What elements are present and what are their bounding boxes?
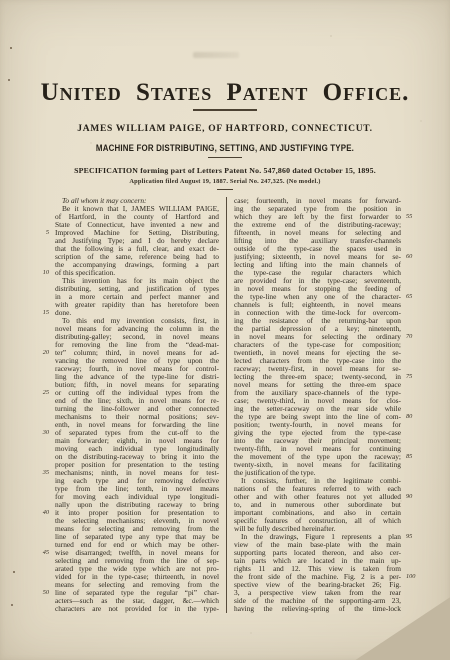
line-text: for removing the line from the “dead-mat… [55, 341, 219, 349]
line-number: 50 [36, 589, 49, 597]
line-text: State of Connecticut, have invented a ne… [55, 221, 219, 229]
text-line: 20ter” column; third, in novel means for… [36, 349, 219, 357]
text-line: ing the resistance of the returning-bar … [234, 317, 423, 325]
line-text: channels is full; eighteenth, in novel m… [234, 301, 401, 309]
line-number [36, 285, 49, 293]
line-text: ter” column; third, in novel means for a… [55, 349, 219, 357]
line-number [36, 533, 49, 541]
text-line: will be fully described hereinafter. [234, 525, 423, 533]
line-number [406, 325, 423, 333]
line-text: outside of the type-case the spaces used… [234, 245, 401, 253]
line-text: will be fully described hereinafter. [234, 525, 401, 533]
text-line: 10of this specification. [36, 269, 219, 277]
line-text: giving the type ejected from the type-ca… [234, 429, 401, 437]
line-text: proper position for presentation to the … [55, 461, 219, 469]
line-number: 30 [36, 429, 49, 437]
line-text: ling the advance of the type-line for di… [55, 373, 219, 381]
line-text: lifting into the auxiliary transfer-chan… [234, 237, 401, 245]
text-line: 55which they are left by the first forwa… [234, 213, 423, 221]
text-line: rights 11 and 12. This view is taken fro… [234, 565, 423, 573]
line-number [36, 413, 49, 421]
text-line: case; fourteenth, in novel means for for… [234, 197, 423, 205]
line-text: scription of the same, reference being h… [55, 253, 219, 261]
line-number [406, 405, 423, 413]
text-line: novel means for advancing the column in … [36, 325, 219, 333]
text-line: case; twenty-third, in novel means for c… [234, 397, 423, 405]
text-line: twenty-sixth, in novel means for facilit… [234, 461, 423, 469]
line-number [36, 477, 49, 485]
text-line: 95In the drawings, Figure 1 represents a… [234, 533, 423, 541]
text-line: spective view of the bearing-bracket 26;… [234, 581, 423, 589]
text-line: 80the type are being swept into the line… [234, 413, 423, 421]
line-number: 90 [406, 493, 423, 501]
text-line: end of the line; sixth, in novel means f… [36, 397, 219, 405]
line-number [36, 517, 49, 525]
line-text: or cutting off the individual types from… [55, 389, 219, 397]
line-number [36, 341, 49, 349]
line-number [36, 581, 49, 589]
line-number: 15 [36, 309, 49, 317]
line-number [406, 461, 423, 469]
line-number [406, 205, 423, 213]
text-line: and Justifying Type; and I do hereby dec… [36, 237, 219, 245]
line-number [36, 221, 49, 229]
text-line: channels is full; eighteenth, in novel m… [234, 301, 423, 309]
text-line: 35mechanisms; ninth, in novel means for … [36, 469, 219, 477]
line-number [36, 565, 49, 573]
text-line: To this end my invention consists, first… [36, 317, 219, 325]
line-text: rights 11 and 12. This view is taken fro… [234, 565, 401, 573]
line-number: 5 [36, 229, 49, 237]
text-line: 40it into proper position for presentati… [36, 509, 219, 517]
line-text: lecting the three-em space; twenty-secon… [234, 373, 401, 381]
line-text: to, and in numerous other subordinate bu… [234, 501, 401, 509]
line-number [36, 461, 49, 469]
line-number [406, 269, 423, 277]
line-number [406, 221, 423, 229]
line-text: This invention has for its main object t… [55, 277, 219, 285]
line-number [406, 309, 423, 317]
line-text: on the distributing-raceway to bring it … [55, 453, 219, 461]
text-line: raceway; twenty-first, in novel means fo… [234, 365, 423, 373]
line-text: line of separated type the regular “pi” … [55, 589, 219, 597]
line-text: the justification of the type. [234, 469, 401, 477]
line-text: in novel means for stopping the feeding … [234, 285, 401, 293]
line-text: for moving each individual type longitud… [55, 493, 219, 501]
text-line: on the distributing-raceway to bring it … [36, 453, 219, 461]
line-number [406, 525, 423, 533]
text-line: 65the type-line when any one of the char… [234, 293, 423, 301]
text-line: the type-case the regular characters whi… [234, 269, 423, 277]
line-text: lecting and lifting into the main channe… [234, 261, 401, 269]
line-number [36, 325, 49, 333]
text-line: having the relieving-spring of the time-… [234, 605, 423, 613]
line-number [36, 197, 49, 205]
line-text: enth, in novel means for forwarding the … [55, 421, 219, 429]
text-line: State of Connecticut, have invented a ne… [36, 221, 219, 229]
line-number [36, 421, 49, 429]
line-number: 55 [406, 213, 423, 221]
text-line: main forwarder; eighth, in novel means f… [36, 437, 219, 445]
text-line: the justification of the type. [234, 469, 423, 477]
line-number: 70 [406, 333, 423, 341]
line-number [406, 565, 423, 573]
text-line: specific features of construction, all o… [234, 517, 423, 525]
line-text: twenty-sixth, in novel means for facilit… [234, 461, 401, 469]
line-text: To this end my invention consists, first… [55, 317, 219, 325]
text-line: moving each individual type longitudinal… [36, 445, 219, 453]
line-text: are provided for in the type-case; seven… [234, 277, 401, 285]
text-line: 70in novel means for selecting the ordin… [234, 333, 423, 341]
line-number [36, 333, 49, 341]
line-text: raceway; fourth, in novel means for cont… [55, 365, 219, 373]
line-number: 40 [36, 509, 49, 517]
line-number: 45 [36, 549, 49, 557]
text-line: 50line of separated type the regular “pi… [36, 589, 219, 597]
line-text: of this specification. [55, 269, 219, 277]
line-number: 25 [36, 389, 49, 397]
text-line: line of separated type any type that may… [36, 533, 219, 541]
line-text: from the auxiliary space-channels of the… [234, 389, 401, 397]
line-number [406, 197, 423, 205]
line-text: done. [55, 309, 219, 317]
line-text: novel means for setting the three-em spa… [234, 381, 401, 389]
line-text: with greater rapidity than has heretofor… [55, 301, 219, 309]
line-text: mechanisms to their normal positions; se… [55, 413, 219, 421]
line-number [36, 605, 49, 613]
line-text: specific features of construction, all o… [234, 517, 401, 525]
line-text: acters—such as the star, dagger, &c.—whi… [55, 597, 219, 605]
line-text: the type-case the regular characters whi… [234, 269, 401, 277]
line-number [406, 597, 423, 605]
header-rule-top [193, 109, 257, 111]
text-line: lected characters from the type-case int… [234, 357, 423, 365]
line-number [36, 405, 49, 413]
text-line: 3, a perspective view taken from the rea… [234, 589, 423, 597]
line-text: moving each individual type longitudinal… [55, 445, 219, 453]
line-number [406, 517, 423, 525]
line-text: Be it known that I, JAMES WILLIAM PAIGE, [55, 205, 219, 213]
text-line: 30of separated types from the cut-off to… [36, 429, 219, 437]
line-text: ing the separated type from the position… [234, 205, 401, 213]
line-number [36, 493, 49, 501]
line-number [406, 485, 423, 493]
text-line: arated type the wide type which are not … [36, 565, 219, 573]
line-number [36, 557, 49, 565]
line-text: lected characters from the type-case int… [234, 357, 401, 365]
text-line: lifting into the auxiliary transfer-chan… [234, 237, 423, 245]
line-number [406, 285, 423, 293]
line-number [36, 597, 49, 605]
text-line: 5Improved Machine for Setting, Distribut… [36, 229, 219, 237]
text-line: characters of the type-case for composit… [234, 341, 423, 349]
line-text: twentieth, in novel means for ejecting t… [234, 349, 401, 357]
line-text: and Justifying Type; and I do hereby dec… [55, 237, 219, 245]
text-line: the selecting mechanisms; eleventh, in n… [36, 517, 219, 525]
text-line: means for selecting and removing from th… [36, 525, 219, 533]
text-line: view of the main base-plate with the mai… [234, 541, 423, 549]
text-line: scription of the same, reference being h… [36, 253, 219, 261]
line-number [36, 213, 49, 221]
line-text: tain parts which are located in the main… [234, 557, 401, 565]
text-line: Be it known that I, JAMES WILLIAM PAIGE, [36, 205, 219, 213]
line-number [406, 429, 423, 437]
line-text: bution; fifth, in novel means for separa… [55, 381, 219, 389]
line-text: distributing-galley; second, in novel me… [55, 333, 219, 341]
line-number [406, 301, 423, 309]
line-text: turning the line-follower and other conn… [55, 405, 219, 413]
line-text: 3, a perspective view taken from the rea… [234, 589, 401, 597]
line-text: wise disarranged; twelfth, in novel mean… [55, 549, 219, 557]
text-line: characters are not provided for in the t… [36, 605, 219, 613]
text-line: the partial depression of a key; ninetee… [234, 325, 423, 333]
line-number [406, 437, 423, 445]
text-line: side of the machine of the supporting-ar… [234, 597, 423, 605]
text-line: It consists, further, in the legitimate … [234, 477, 423, 485]
text-line: distributing, setting, and justification… [36, 285, 219, 293]
text-line: in connection with the time-lock for ove… [234, 309, 423, 317]
text-line: 45wise disarranged; twelfth, in novel me… [36, 549, 219, 557]
text-line: nally upon the distributing raceway to b… [36, 501, 219, 509]
line-number [36, 573, 49, 581]
line-text: spective view of the bearing-bracket 26;… [234, 581, 401, 589]
line-number [406, 605, 423, 613]
line-text: in a more certain and perfect manner and [55, 293, 219, 301]
text-line: selecting and removing from the line of … [36, 557, 219, 565]
line-text: ing the setter-raceway on the rear side … [234, 405, 401, 413]
text-line: proper position for presentation to the … [36, 461, 219, 469]
line-text: means for selecting and removing from th… [55, 525, 219, 533]
line-text: twenty-fifth, in novel means for continu… [234, 445, 401, 453]
line-text: ing each type and for removing defective [55, 477, 219, 485]
line-text: view of the main base-plate with the mai… [234, 541, 401, 549]
line-number: 80 [406, 413, 423, 421]
line-text: main forwarder; eighth, in novel means f… [55, 437, 219, 445]
text-line: for moving each individual type longitud… [36, 493, 219, 501]
line-number [36, 317, 49, 325]
line-number [36, 501, 49, 509]
line-number [36, 373, 49, 381]
line-number [406, 509, 423, 517]
text-line: means for selecting and removing from th… [36, 581, 219, 589]
line-number [406, 389, 423, 397]
show-through-smudge [193, 52, 239, 58]
line-text: the front side of the machine. Fig. 2 is… [234, 573, 401, 581]
line-number [406, 589, 423, 597]
line-text: case; fourteenth, in novel means for for… [234, 197, 401, 205]
column-divider-rule [226, 197, 227, 613]
line-number [406, 349, 423, 357]
line-text: vided for in the type-case; thirteenth, … [55, 573, 219, 581]
line-text: characters are not provided for in the t… [55, 605, 219, 613]
invention-title: MACHINE FOR DISTRIBUTING, SETTING, AND J… [23, 143, 428, 153]
specification-line: SPECIFICATION forming part of Letters Pa… [0, 166, 450, 175]
line-number: 10 [36, 269, 49, 277]
line-text: fifteenth, in novel means for selecting … [234, 229, 401, 237]
text-line: ing the separated type from the position… [234, 205, 423, 213]
line-number [406, 381, 423, 389]
line-text: turned end for end or which may be other… [55, 541, 219, 549]
text-line: with greater rapidity than has heretofor… [36, 301, 219, 309]
line-number [36, 205, 49, 213]
text-line: 60justifying; sixteenth, in novel means … [234, 253, 423, 261]
line-text: Improved Machine for Setting, Distributi… [55, 229, 219, 237]
text-line: turning the line-follower and other conn… [36, 405, 219, 413]
text-line: ling the advance of the type-line for di… [36, 373, 219, 381]
text-line: fifteenth, in novel means for selecting … [234, 229, 423, 237]
line-number: 85 [406, 453, 423, 461]
text-line: acters—such as the star, dagger, &c.—whi… [36, 597, 219, 605]
line-text: ing the resistance of the returning-bar … [234, 317, 401, 325]
line-number [406, 397, 423, 405]
text-line: 15done. [36, 309, 219, 317]
line-number [36, 445, 49, 453]
line-text: selecting and removing from the line of … [55, 557, 219, 565]
text-line: position; twenty-fourth, in novel means … [234, 421, 423, 429]
line-text: into the raceway their principal movemen… [234, 437, 401, 445]
line-number [36, 437, 49, 445]
line-text: mechanisms; ninth, in novel means for te… [55, 469, 219, 477]
text-line: nations of the features referred to with… [234, 485, 423, 493]
line-number [36, 453, 49, 461]
line-number: 100 [406, 573, 423, 581]
text-line: lecting and lifting into the main channe… [234, 261, 423, 269]
header-rule-bottom [217, 189, 233, 190]
line-number [406, 245, 423, 253]
text-line: that the following is a full, clear, and… [36, 245, 219, 253]
line-text: case; twenty-third, in novel means for c… [234, 397, 401, 405]
text-line: turned end for end or which may be other… [36, 541, 219, 549]
paper-specks-and-binding-holes [0, 0, 2, 2]
text-line: of Hartford, in the county of Hartford a… [36, 213, 219, 221]
line-text: the accompanying drawings, forming a par… [55, 261, 219, 269]
text-line: mechanisms to their normal positions; se… [36, 413, 219, 421]
line-text: nations of the features referred to with… [234, 485, 401, 493]
line-text: justifying; sixteenth, in novel means fo… [234, 253, 401, 261]
line-number [36, 397, 49, 405]
line-number [406, 261, 423, 269]
text-line: twentieth, in novel means for ejecting t… [234, 349, 423, 357]
line-text: novel means for advancing the column in … [55, 325, 219, 333]
line-text: which they are left by the first forward… [234, 213, 401, 221]
line-text: side of the machine of the supporting-ar… [234, 597, 401, 605]
left-text-column: To all whom it may concern:Be it known t… [36, 197, 219, 613]
text-line: tain parts which are located in the main… [234, 557, 423, 565]
line-text: in connection with the time-lock for ove… [234, 309, 401, 317]
line-number [36, 365, 49, 373]
line-number [406, 277, 423, 285]
text-line: twenty-fifth, in novel means for continu… [234, 445, 423, 453]
text-line: ing the setter-raceway on the rear side … [234, 405, 423, 413]
line-text: of separated types from the cut-off to t… [55, 429, 219, 437]
line-number [406, 357, 423, 365]
text-line: are provided for in the type-case; seven… [234, 277, 423, 285]
line-text: that the following is a full, clear, and… [55, 245, 219, 253]
text-line: ing each type and for removing defective [36, 477, 219, 485]
line-text: means for selecting and removing from th… [55, 581, 219, 589]
paper-sheet: United States Patent Office. JAMES WILLI… [0, 0, 450, 660]
line-text: end of the line; sixth, in novel means f… [55, 397, 219, 405]
line-text: characters of the type-case for composit… [234, 341, 401, 349]
text-line: 100the front side of the machine. Fig. 2… [234, 573, 423, 581]
line-text: raceway; twenty-first, in novel means fo… [234, 365, 401, 373]
line-number: 65 [406, 293, 423, 301]
line-text: It consists, further, in the legitimate … [234, 477, 401, 485]
patentee-line: JAMES WILLIAM PAIGE, OF HARTFORD, CONNEC… [0, 124, 450, 134]
line-number [36, 485, 49, 493]
text-line: giving the type ejected from the type-ca… [234, 429, 423, 437]
line-number [406, 229, 423, 237]
line-number [36, 261, 49, 269]
text-line: vided for in the type-case; thirteenth, … [36, 573, 219, 581]
line-text: the movement of the type upon the racewa… [234, 453, 401, 461]
line-number [36, 357, 49, 365]
line-number [406, 445, 423, 453]
line-number [406, 557, 423, 565]
line-text: having the relieving-spring of the time-… [234, 605, 401, 613]
line-text: important combinations, and also in cert… [234, 509, 401, 517]
text-line: bution; fifth, in novel means for separa… [36, 381, 219, 389]
line-number [36, 381, 49, 389]
text-line: the extreme end of the distributing-race… [234, 221, 423, 229]
line-text: type from the line; tenth, in novel mean… [55, 485, 219, 493]
text-line: vancing the removed line of type upon th… [36, 357, 219, 365]
text-line: the accompanying drawings, forming a par… [36, 261, 219, 269]
line-number: 75 [406, 373, 423, 381]
line-text: In the drawings, Figure 1 represents a p… [234, 533, 401, 541]
line-number [406, 549, 423, 557]
line-number [36, 253, 49, 261]
line-number: 60 [406, 253, 423, 261]
line-number [406, 477, 423, 485]
line-number [36, 245, 49, 253]
application-line: Application filed August 19, 1887. Seria… [0, 178, 450, 185]
line-text: To all whom it may concern: [55, 197, 219, 205]
text-line: into the raceway their principal movemen… [234, 437, 423, 445]
text-line: to, and in numerous other subordinate bu… [234, 501, 423, 509]
line-number [406, 501, 423, 509]
line-text: the type-line when any one of the charac… [234, 293, 401, 301]
line-text: the type are being swept into the line o… [234, 413, 401, 421]
line-number [36, 525, 49, 533]
text-line: novel means for setting the three-em spa… [234, 381, 423, 389]
line-text: of Hartford, in the county of Hartford a… [55, 213, 219, 221]
line-text: the selecting mechanisms; eleventh, in n… [55, 517, 219, 525]
line-text: line of separated type any type that may… [55, 533, 219, 541]
line-number [406, 365, 423, 373]
line-text: in novel means for selecting the ordinar… [234, 333, 401, 341]
text-line: distributing-galley; second, in novel me… [36, 333, 219, 341]
line-number [406, 581, 423, 589]
line-text: distributing, setting, and justification… [55, 285, 219, 293]
text-line: supporting parts located thereon, and al… [234, 549, 423, 557]
line-text: supporting parts located thereon, and al… [234, 549, 401, 557]
text-line: 25or cutting off the individual types fr… [36, 389, 219, 397]
line-number [406, 317, 423, 325]
line-text: the extreme end of the distributing-race… [234, 221, 401, 229]
line-number [36, 301, 49, 309]
line-text: the partial depression of a key; ninetee… [234, 325, 401, 333]
text-line: type from the line; tenth, in novel mean… [36, 485, 219, 493]
line-text: arated type the wide type which are not … [55, 565, 219, 573]
line-number [36, 541, 49, 549]
text-line: 85the movement of the type upon the race… [234, 453, 423, 461]
text-line: important combinations, and also in cert… [234, 509, 423, 517]
text-line: in a more certain and perfect manner and [36, 293, 219, 301]
text-line: outside of the type-case the spaces used… [234, 245, 423, 253]
line-number [406, 469, 423, 477]
text-line: This invention has for its main object t… [36, 277, 219, 285]
